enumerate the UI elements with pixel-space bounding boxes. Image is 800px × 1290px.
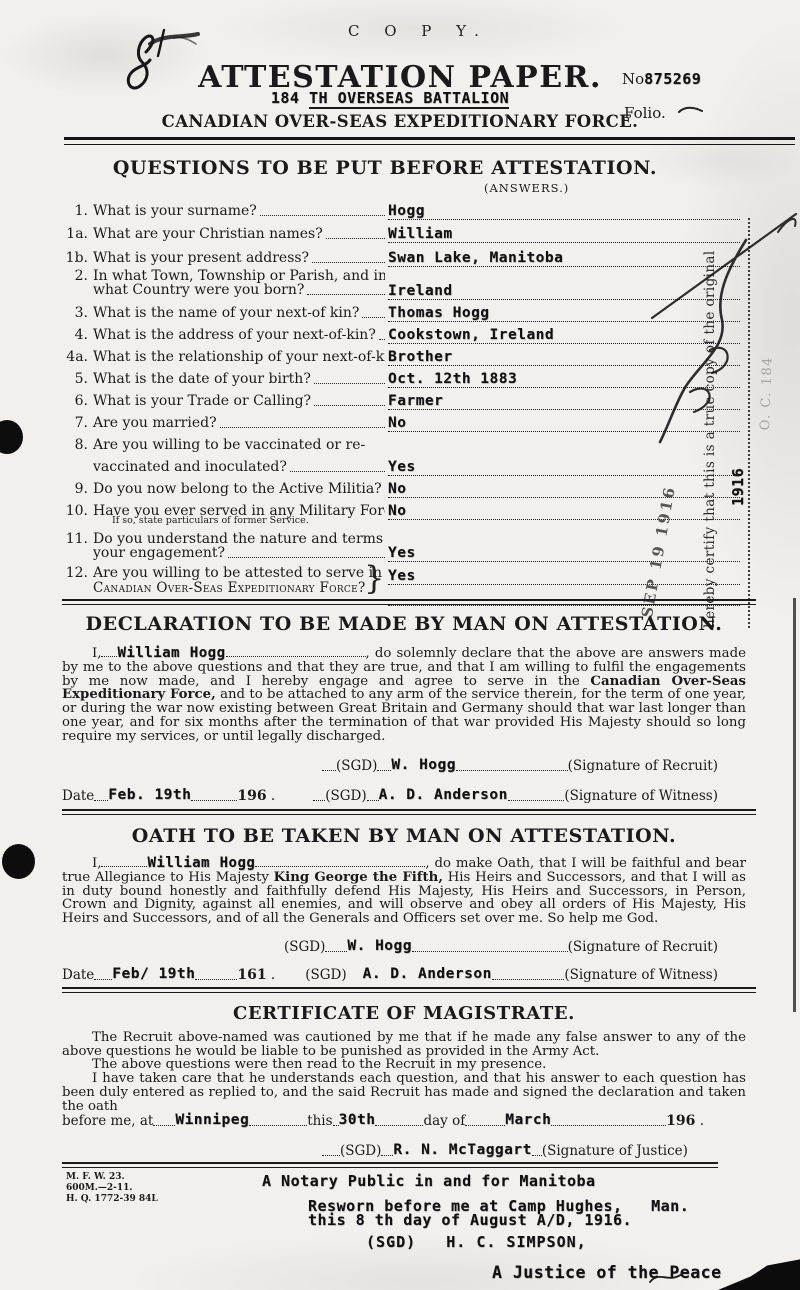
question-text: Canadian Over-Seas Expeditionary Force? bbox=[93, 580, 385, 596]
recruit-signature: W. Hogg bbox=[347, 938, 412, 954]
question-number: 6. bbox=[60, 393, 88, 409]
section-rule bbox=[62, 987, 756, 993]
question-text: What is the address of your next-of-kin? bbox=[93, 327, 385, 343]
certificate-day: 30th bbox=[339, 1112, 376, 1128]
oath-date: Feb/ 19th bbox=[112, 966, 195, 982]
declaration-date: Feb. 19th bbox=[108, 787, 191, 803]
question-number: 1a. bbox=[60, 226, 88, 242]
form-code-block: M. F. W. 23. 600M.—2-11. H. Q. 1772-39 8… bbox=[66, 1172, 158, 1205]
question-text: Are you willing to be vaccinated or re- bbox=[93, 437, 385, 453]
section-rule bbox=[62, 599, 756, 605]
certificate-place: Winnipeg bbox=[175, 1112, 249, 1128]
declaration-date-row: Date Feb. 19th 196 . (SGD) A. D. Anderso… bbox=[62, 787, 718, 804]
oath-paragraph: I,William Hogg, do make Oath, that I wil… bbox=[62, 855, 746, 926]
question-text: What is your surname? bbox=[93, 203, 385, 219]
simpson-signature-line: (SGD) H. C. SIMPSON, bbox=[366, 1233, 587, 1251]
answer-field: No bbox=[388, 481, 740, 498]
declaration-heading: DECLARATION TO BE MADE BY MAN ON ATTESTA… bbox=[62, 613, 746, 635]
witness-signature: A. D. Anderson bbox=[379, 787, 508, 803]
question-number: 5. bbox=[60, 371, 88, 387]
oath-name: William Hogg bbox=[147, 855, 255, 871]
answer-field: No bbox=[388, 503, 740, 520]
oath-date-row: Date Feb/ 19th 161 . (SGD) A. D. Anderso… bbox=[62, 966, 718, 983]
questions-heading: QUESTIONS TO BE PUT BEFORE ATTESTATION. bbox=[30, 157, 740, 179]
footer-rule bbox=[62, 1162, 718, 1168]
serial-number: 875269 bbox=[644, 70, 701, 88]
answer-field: Yes bbox=[388, 545, 740, 562]
king-bold-text: King George the Fifth, bbox=[274, 870, 443, 885]
header-rule bbox=[64, 137, 795, 145]
justice-signature: R. N. McTaggart bbox=[393, 1142, 531, 1158]
declaration-paragraph: I,William Hogg, do solemnly declare that… bbox=[62, 645, 746, 744]
question-number: 9. bbox=[60, 481, 88, 497]
form-code-line: 600M.—2-11. bbox=[66, 1183, 158, 1194]
question-number: 2. bbox=[60, 268, 88, 284]
punch-hole bbox=[2, 844, 35, 879]
question-text: what Country were you born? bbox=[93, 282, 385, 298]
answer-field: Yes bbox=[388, 459, 740, 476]
corner-scan-artifact bbox=[718, 1256, 800, 1290]
battalion-line: 184 TH OVERSEAS BATTALION bbox=[100, 89, 680, 107]
form-code-line: M. F. W. 23. bbox=[66, 1172, 158, 1183]
question-number: 8. bbox=[60, 437, 88, 453]
oath-heading: OATH TO BE TAKEN BY MAN ON ATTESTATION. bbox=[62, 825, 746, 847]
punch-hole bbox=[0, 420, 23, 454]
question-text: your engagement? bbox=[93, 545, 385, 561]
question-number: 4. bbox=[60, 327, 88, 343]
certificate-paragraph-3: I have taken care that he understands ea… bbox=[62, 1072, 746, 1113]
question-number: 7. bbox=[60, 415, 88, 431]
force-title: CANADIAN OVER-SEAS EXPEDITIONARY FORCE. bbox=[100, 112, 700, 131]
certifying-signature bbox=[630, 200, 800, 460]
answers-column-label: (ANSWERS.) bbox=[484, 181, 569, 195]
attestation-paper-page: C O P Y. ATTESTATION PAPER. No875269 184… bbox=[0, 0, 800, 1290]
question-text: What is the name of your next-of kin? bbox=[93, 305, 385, 321]
question-number: 10. bbox=[60, 503, 88, 519]
question-number: 3. bbox=[60, 305, 88, 321]
question-text: Are you married? bbox=[93, 415, 385, 431]
question-number: 1. bbox=[60, 203, 88, 219]
section-rule bbox=[62, 809, 756, 815]
question-note: If so, state particulars of former Servi… bbox=[112, 515, 309, 526]
certificate-paragraph-2: The above questions were then read to th… bbox=[62, 1058, 746, 1072]
question-number: 1b. bbox=[60, 250, 88, 266]
pen-squiggle-mark bbox=[648, 1268, 688, 1288]
brace: } bbox=[364, 559, 384, 597]
copy-label: C O P Y. bbox=[348, 22, 489, 40]
question-text: Are you willing to be attested to serve … bbox=[93, 565, 385, 581]
typed-year-rotated: 1916 bbox=[729, 468, 747, 506]
question-text: What is the date of your birth? bbox=[93, 371, 385, 387]
certificate-place-date-row: before me, at Winnipeg this 30th day of … bbox=[62, 1112, 704, 1129]
question-number: 4a. bbox=[60, 349, 88, 365]
serial-number-field: No875269 bbox=[622, 70, 701, 88]
declarant-name: William Hogg bbox=[117, 645, 225, 661]
serial-label: No bbox=[622, 70, 644, 88]
question-number: 12. bbox=[60, 565, 88, 581]
certificate-paragraph-1: The Recruit above-named was cautioned by… bbox=[62, 1031, 746, 1059]
resworn-date-line: this 8 th day of August A/D, 1916. bbox=[308, 1211, 632, 1229]
answer-field: Yes bbox=[388, 568, 740, 585]
question-text: vaccinated and inoculated? bbox=[93, 459, 385, 475]
witness-signature: A. D. Anderson bbox=[363, 966, 492, 982]
notary-line: A Notary Public in and for Manitoba bbox=[262, 1172, 596, 1190]
question-text: What is the relationship of your next-of… bbox=[93, 349, 385, 365]
recruit-signature: W. Hogg bbox=[391, 757, 456, 773]
form-code-line: H. Q. 1772-39 84L bbox=[66, 1194, 158, 1205]
question-text: What is your present address? bbox=[93, 250, 385, 266]
scan-edge-artifact bbox=[793, 598, 796, 1012]
certificate-justice-signature-row: (SGD) R. N. McTaggart (Signature of Just… bbox=[322, 1142, 718, 1159]
question-text: Do you now belong to the Active Militia? bbox=[93, 481, 385, 497]
declaration-recruit-signature-row: (SGD) W. Hogg (Signature of Recruit) bbox=[322, 757, 718, 774]
oath-recruit-signature-row: (SGD) W. Hogg (Signature of Recruit) bbox=[284, 938, 718, 955]
question-text: What are your Christian names? bbox=[93, 226, 385, 242]
question-number: 11. bbox=[60, 531, 88, 547]
question-text: What is your Trade or Calling? bbox=[93, 393, 385, 409]
certificate-heading: CERTIFICATE OF MAGISTRATE. bbox=[62, 1003, 746, 1024]
certificate-month: March bbox=[505, 1112, 551, 1128]
